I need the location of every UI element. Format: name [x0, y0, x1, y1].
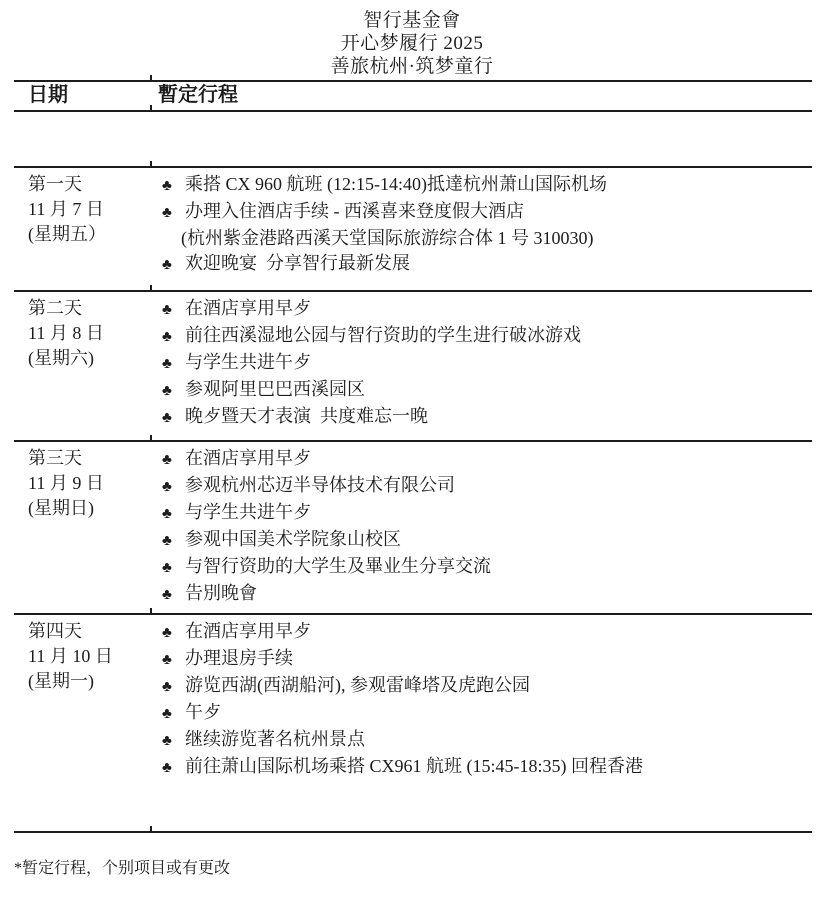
itinerary-item: ♣前往萧山国际机场乘搭 CX961 航班 (15:45-18:35) 回程香港: [150, 754, 812, 781]
footnote: *暂定行程，个别项目或有更改: [14, 858, 230, 880]
item-text: 参观杭州芯迈半导体技术有限公司: [185, 473, 455, 498]
itinerary-item: ♣参观杭州芯迈半导体技术有限公司: [150, 473, 812, 500]
item-text: 游览西湖(西湖船河), 参观雷峰塔及虎跑公园: [185, 673, 530, 698]
club-suit-icon: ♣: [162, 448, 185, 473]
weekday-label: (星期日): [28, 496, 150, 521]
date-label: 11 月 10 日: [28, 644, 150, 669]
date-label: 11 月 9 日: [28, 471, 150, 496]
date-cell: 第二天11 月 8 日(星期六): [14, 292, 150, 371]
table-row: 第四天11 月 10 日(星期一)♣在酒店享用早歺♣办理退房手续♣游览西湖(西湖…: [14, 615, 812, 831]
document-title-block: 智行基金會 开心梦履行 2025 善旅杭州·筑梦童行: [0, 0, 824, 78]
item-text: 午歺: [185, 700, 221, 725]
itinerary-item: (杭州紫金港路西溪天堂国际旅游综合体 1 号 310030): [150, 226, 812, 251]
item-text: 在酒店享用早歺: [185, 296, 311, 321]
itinerary-item: ♣参观阿里巴巴西溪园区: [150, 377, 812, 404]
club-suit-icon: ♣: [162, 298, 185, 323]
table-header-date: 日期: [14, 82, 150, 109]
day-label: 第四天: [28, 619, 150, 644]
table-blank-row: [14, 112, 812, 166]
itinerary-item: ♣与智行资助的大学生及畢业生分享交流: [150, 554, 812, 581]
weekday-label: (星期六): [28, 346, 150, 371]
item-text: 办理入住酒店手续 - 西溪喜来登度假大酒店: [185, 199, 524, 224]
club-suit-icon: ♣: [162, 174, 185, 199]
item-text: 参观中国美术学院象山校区: [185, 527, 401, 552]
itinerary-item: ♣与学生共进午歺: [150, 350, 812, 377]
column-divider-tick: [150, 826, 152, 831]
column-divider-tick: [150, 435, 152, 440]
club-suit-icon: ♣: [162, 529, 185, 554]
itinerary-cell: ♣在酒店享用早歺♣办理退房手续♣游览西湖(西湖船河), 参观雷峰塔及虎跑公园♣午…: [150, 615, 812, 781]
itinerary-item: ♣晚歺暨天才表演 共度难忘一晚: [150, 404, 812, 431]
day-label: 第二天: [28, 296, 150, 321]
itinerary-item: ♣游览西湖(西湖船河), 参观雷峰塔及虎跑公园: [150, 673, 812, 700]
itinerary-item: ♣办理退房手续: [150, 646, 812, 673]
column-divider-tick: [150, 105, 152, 110]
table-rule: [14, 166, 812, 168]
item-text: 与学生共进午歺: [185, 350, 311, 375]
day-rows-container: 第一天11 月 7 日(星期五）♣乘搭 CX 960 航班 (12:15-14:…: [14, 168, 812, 833]
itinerary-item: ♣参观中国美术学院象山校区: [150, 527, 812, 554]
club-suit-icon: ♣: [162, 675, 185, 700]
club-suit-icon: ♣: [162, 253, 185, 278]
itinerary-item: ♣在酒店享用早歺: [150, 619, 812, 646]
day-label: 第一天: [28, 172, 150, 197]
table-row: 第三天11 月 9 日(星期日)♣在酒店享用早歺♣参观杭州芯迈半导体技术有限公司…: [14, 442, 812, 613]
table-border-bottom: [14, 831, 812, 833]
date-cell: 第四天11 月 10 日(星期一): [14, 615, 150, 694]
item-text: 乘搭 CX 960 航班 (12:15-14:40)抵達杭州萧山国际机场: [185, 172, 607, 197]
club-suit-icon: ♣: [162, 702, 185, 727]
table-header-itinerary: 暫定行程: [150, 82, 812, 109]
item-text: 与智行资助的大学生及畢业生分享交流: [185, 554, 491, 579]
itinerary-item: ♣办理入住酒店手续 - 西溪喜来登度假大酒店: [150, 199, 812, 226]
club-suit-icon: ♣: [162, 325, 185, 350]
club-suit-icon: ♣: [162, 648, 185, 673]
itinerary-table: 日期 暫定行程 第一天11 月 7 日(星期五）♣乘搭 CX 960 航班 (1…: [14, 80, 812, 833]
document-page: 智行基金會 开心梦履行 2025 善旅杭州·筑梦童行 日期 暫定行程 第一天11…: [0, 0, 824, 901]
itinerary-item: ♣乘搭 CX 960 航班 (12:15-14:40)抵達杭州萧山国际机场: [150, 172, 812, 199]
item-text: 前往西溪湿地公园与智行资助的学生进行破冰游戏: [185, 323, 581, 348]
item-text: 欢迎晚宴 分享智行最新发展: [185, 251, 410, 276]
table-header-row: 日期 暫定行程: [14, 82, 812, 110]
itinerary-item: ♣午歺: [150, 700, 812, 727]
column-divider-tick: [150, 75, 152, 80]
item-text: 在酒店享用早歺: [185, 446, 311, 471]
item-text: 办理退房手续: [185, 646, 293, 671]
itinerary-item: ♣欢迎晚宴 分享智行最新发展: [150, 251, 812, 278]
club-suit-icon: ♣: [162, 756, 185, 781]
org-title: 智行基金會: [0, 9, 824, 32]
itinerary-cell: ♣乘搭 CX 960 航班 (12:15-14:40)抵達杭州萧山国际机场♣办理…: [150, 168, 812, 278]
date-cell: 第三天11 月 9 日(星期日): [14, 442, 150, 521]
club-suit-icon: ♣: [162, 729, 185, 754]
column-divider-tick: [150, 161, 152, 166]
club-suit-icon: ♣: [162, 475, 185, 500]
itinerary-item: ♣告別晚會: [150, 581, 812, 608]
item-text: 与学生共进午歺: [185, 500, 311, 525]
club-suit-icon: ♣: [162, 352, 185, 377]
table-rule: [14, 440, 812, 442]
table-rule: [14, 613, 812, 615]
weekday-label: (星期一): [28, 669, 150, 694]
column-divider-tick: [150, 608, 152, 613]
table-rule: [14, 290, 812, 292]
item-text: (杭州紫金港路西溪天堂国际旅游综合体 1 号 310030): [181, 226, 594, 251]
item-text: 继续游览著名杭州景点: [185, 727, 365, 752]
itinerary-item: ♣前往西溪湿地公园与智行资助的学生进行破冰游戏: [150, 323, 812, 350]
itinerary-item: ♣在酒店享用早歺: [150, 446, 812, 473]
table-border-top: [14, 80, 812, 82]
item-text: 晚歺暨天才表演 共度难忘一晚: [185, 404, 428, 429]
table-row: 第二天11 月 8 日(星期六)♣在酒店享用早歺♣前往西溪湿地公园与智行资助的学…: [14, 292, 812, 440]
itinerary-item: ♣在酒店享用早歺: [150, 296, 812, 323]
table-row: 第一天11 月 7 日(星期五）♣乘搭 CX 960 航班 (12:15-14:…: [14, 168, 812, 290]
club-suit-icon: ♣: [162, 502, 185, 527]
club-suit-icon: ♣: [162, 583, 185, 608]
item-text: 在酒店享用早歺: [185, 619, 311, 644]
club-suit-icon: ♣: [162, 379, 185, 404]
club-suit-icon: ♣: [162, 201, 185, 226]
itinerary-cell: ♣在酒店享用早歺♣参观杭州芯迈半导体技术有限公司♣与学生共进午歺♣参观中国美术学…: [150, 442, 812, 608]
date-label: 11 月 8 日: [28, 321, 150, 346]
item-text: 前往萧山国际机场乘搭 CX961 航班 (15:45-18:35) 回程香港: [185, 754, 643, 779]
itinerary-item: ♣继续游览著名杭州景点: [150, 727, 812, 754]
item-text: 告別晚會: [185, 581, 257, 606]
column-divider-tick: [150, 285, 152, 290]
itinerary-item: ♣与学生共进午歺: [150, 500, 812, 527]
itinerary-cell: ♣在酒店享用早歺♣前往西溪湿地公园与智行资助的学生进行破冰游戏♣与学生共进午歺♣…: [150, 292, 812, 431]
club-suit-icon: ♣: [162, 406, 185, 431]
club-suit-icon: ♣: [162, 556, 185, 581]
day-label: 第三天: [28, 446, 150, 471]
event-subtitle: 善旅杭州·筑梦童行: [0, 55, 824, 78]
item-text: 参观阿里巴巴西溪园区: [185, 377, 365, 402]
date-cell: 第一天11 月 7 日(星期五）: [14, 168, 150, 247]
club-suit-icon: ♣: [162, 621, 185, 646]
date-label: 11 月 7 日: [28, 197, 150, 222]
weekday-label: (星期五）: [28, 222, 150, 247]
event-title: 开心梦履行 2025: [0, 32, 824, 55]
table-rule: [14, 110, 812, 112]
